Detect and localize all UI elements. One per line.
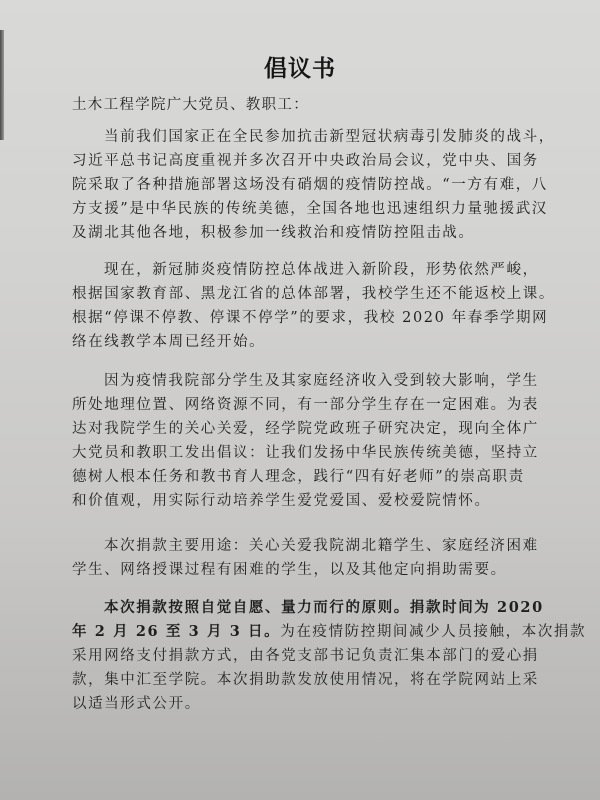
paragraph-line: 现在，新冠肺炎疫情防控总体战进入新阶段，形势依然严峻， bbox=[72, 258, 542, 282]
paragraph-line: 因为疫情我院部分学生及其家庭经济收入受到较大影响，学生 bbox=[72, 369, 542, 393]
bold-date-text: 年 2 月 26 至 3 月 3 日。 bbox=[72, 623, 280, 640]
document-title: 倡议书 bbox=[0, 50, 600, 83]
paragraph-line: 款，集中汇至学院。本次捐助款发放使用情况，将在学院网站上采 bbox=[72, 668, 542, 692]
paragraph-line: 络在线教学本周已经开始。 bbox=[72, 330, 542, 354]
paragraph-line: 达对我院学生的关心关爱，经学院党政班子研究决定，现向全体广 bbox=[72, 417, 542, 441]
paragraph-line: 当前我们国家正在全民参加抗击新型冠状病毒引发肺炎的战斗， bbox=[72, 125, 542, 149]
paragraph-line: 采用网络支付捐款方式，由各党支部书记负责汇集本部门的爱心捐 bbox=[72, 644, 542, 668]
paragraph-4: 本次捐款主要用途：关心关爱我院湖北籍学生、家庭经济困难 学生、网络授课过程有困难… bbox=[72, 534, 542, 582]
paragraph-line: 本次捐款主要用途：关心关爱我院湖北籍学生、家庭经济困难 bbox=[72, 534, 542, 558]
paragraph-line: 根据国家教育部、黑龙江省的总体部署，我校学生还不能返校上课。 bbox=[72, 282, 542, 306]
paragraph-5: 本次捐款按照自觉自愿、量力而行的原则。捐款时间为 2020 年 2 月 26 至… bbox=[72, 596, 542, 716]
paragraph-1: 当前我们国家正在全民参加抗击新型冠状病毒引发肺炎的战斗， 习近平总书记高度重视并… bbox=[72, 125, 542, 245]
page-edge-shadow bbox=[0, 30, 4, 140]
paragraph-line: 方支援”是中华民族的传统美德，全国各地也迅速组织力量驰援武汉 bbox=[72, 197, 542, 221]
paragraph-line: 根据“停课不停教、停课不停学”的要求，我校 2020 年春季学期网 bbox=[72, 306, 542, 330]
paragraph-line: 和价值观，用实际行动培养学生爱党爱国、爱校爱院情怀。 bbox=[72, 489, 542, 513]
line-rest-text: 为在疫情防控期间减少人员接触，本次捐款 bbox=[280, 624, 586, 640]
paragraph-line-mixed: 年 2 月 26 至 3 月 3 日。为在疫情防控期间减少人员接触，本次捐款 bbox=[72, 620, 542, 644]
paragraph-2: 现在，新冠肺炎疫情防控总体战进入新阶段，形势依然严峻， 根据国家教育部、黑龙江省… bbox=[72, 258, 542, 354]
paragraph-line: 院采取了各种措施部署这场没有硝烟的疫情防控战。“一方有难，八 bbox=[72, 173, 542, 197]
paragraph-line: 习近平总书记高度重视并多次召开中央政治局会议，党中央、国务 bbox=[72, 149, 542, 173]
paragraph-line: 所处地理位置、网络资源不同，有一部分学生存在一定困难。为表 bbox=[72, 393, 542, 417]
paragraph-3: 因为疫情我院部分学生及其家庭经济收入受到较大影响，学生 所处地理位置、网络资源不… bbox=[72, 369, 542, 513]
paragraph-line: 学生、网络授课过程有困难的学生，以及其他定向捐助需要。 bbox=[72, 558, 542, 582]
paragraph-line: 及湖北其他各地，积极参加一线救治和疫情防控阻击战。 bbox=[72, 221, 542, 245]
paragraph-line: 以适当形式公开。 bbox=[72, 692, 542, 716]
paragraph-line: 德树人根本任务和教书育人理念，践行“四有好老师”的崇高职责 bbox=[72, 465, 542, 489]
paragraph-line-bold: 本次捐款按照自觉自愿、量力而行的原则。捐款时间为 2020 bbox=[72, 596, 542, 620]
paragraph-line: 大党员和教职工发出倡议：让我们发扬中华民族传统美德，坚持立 bbox=[72, 441, 542, 465]
salutation: 土木工程学院广大党员、教职工： bbox=[72, 93, 309, 114]
